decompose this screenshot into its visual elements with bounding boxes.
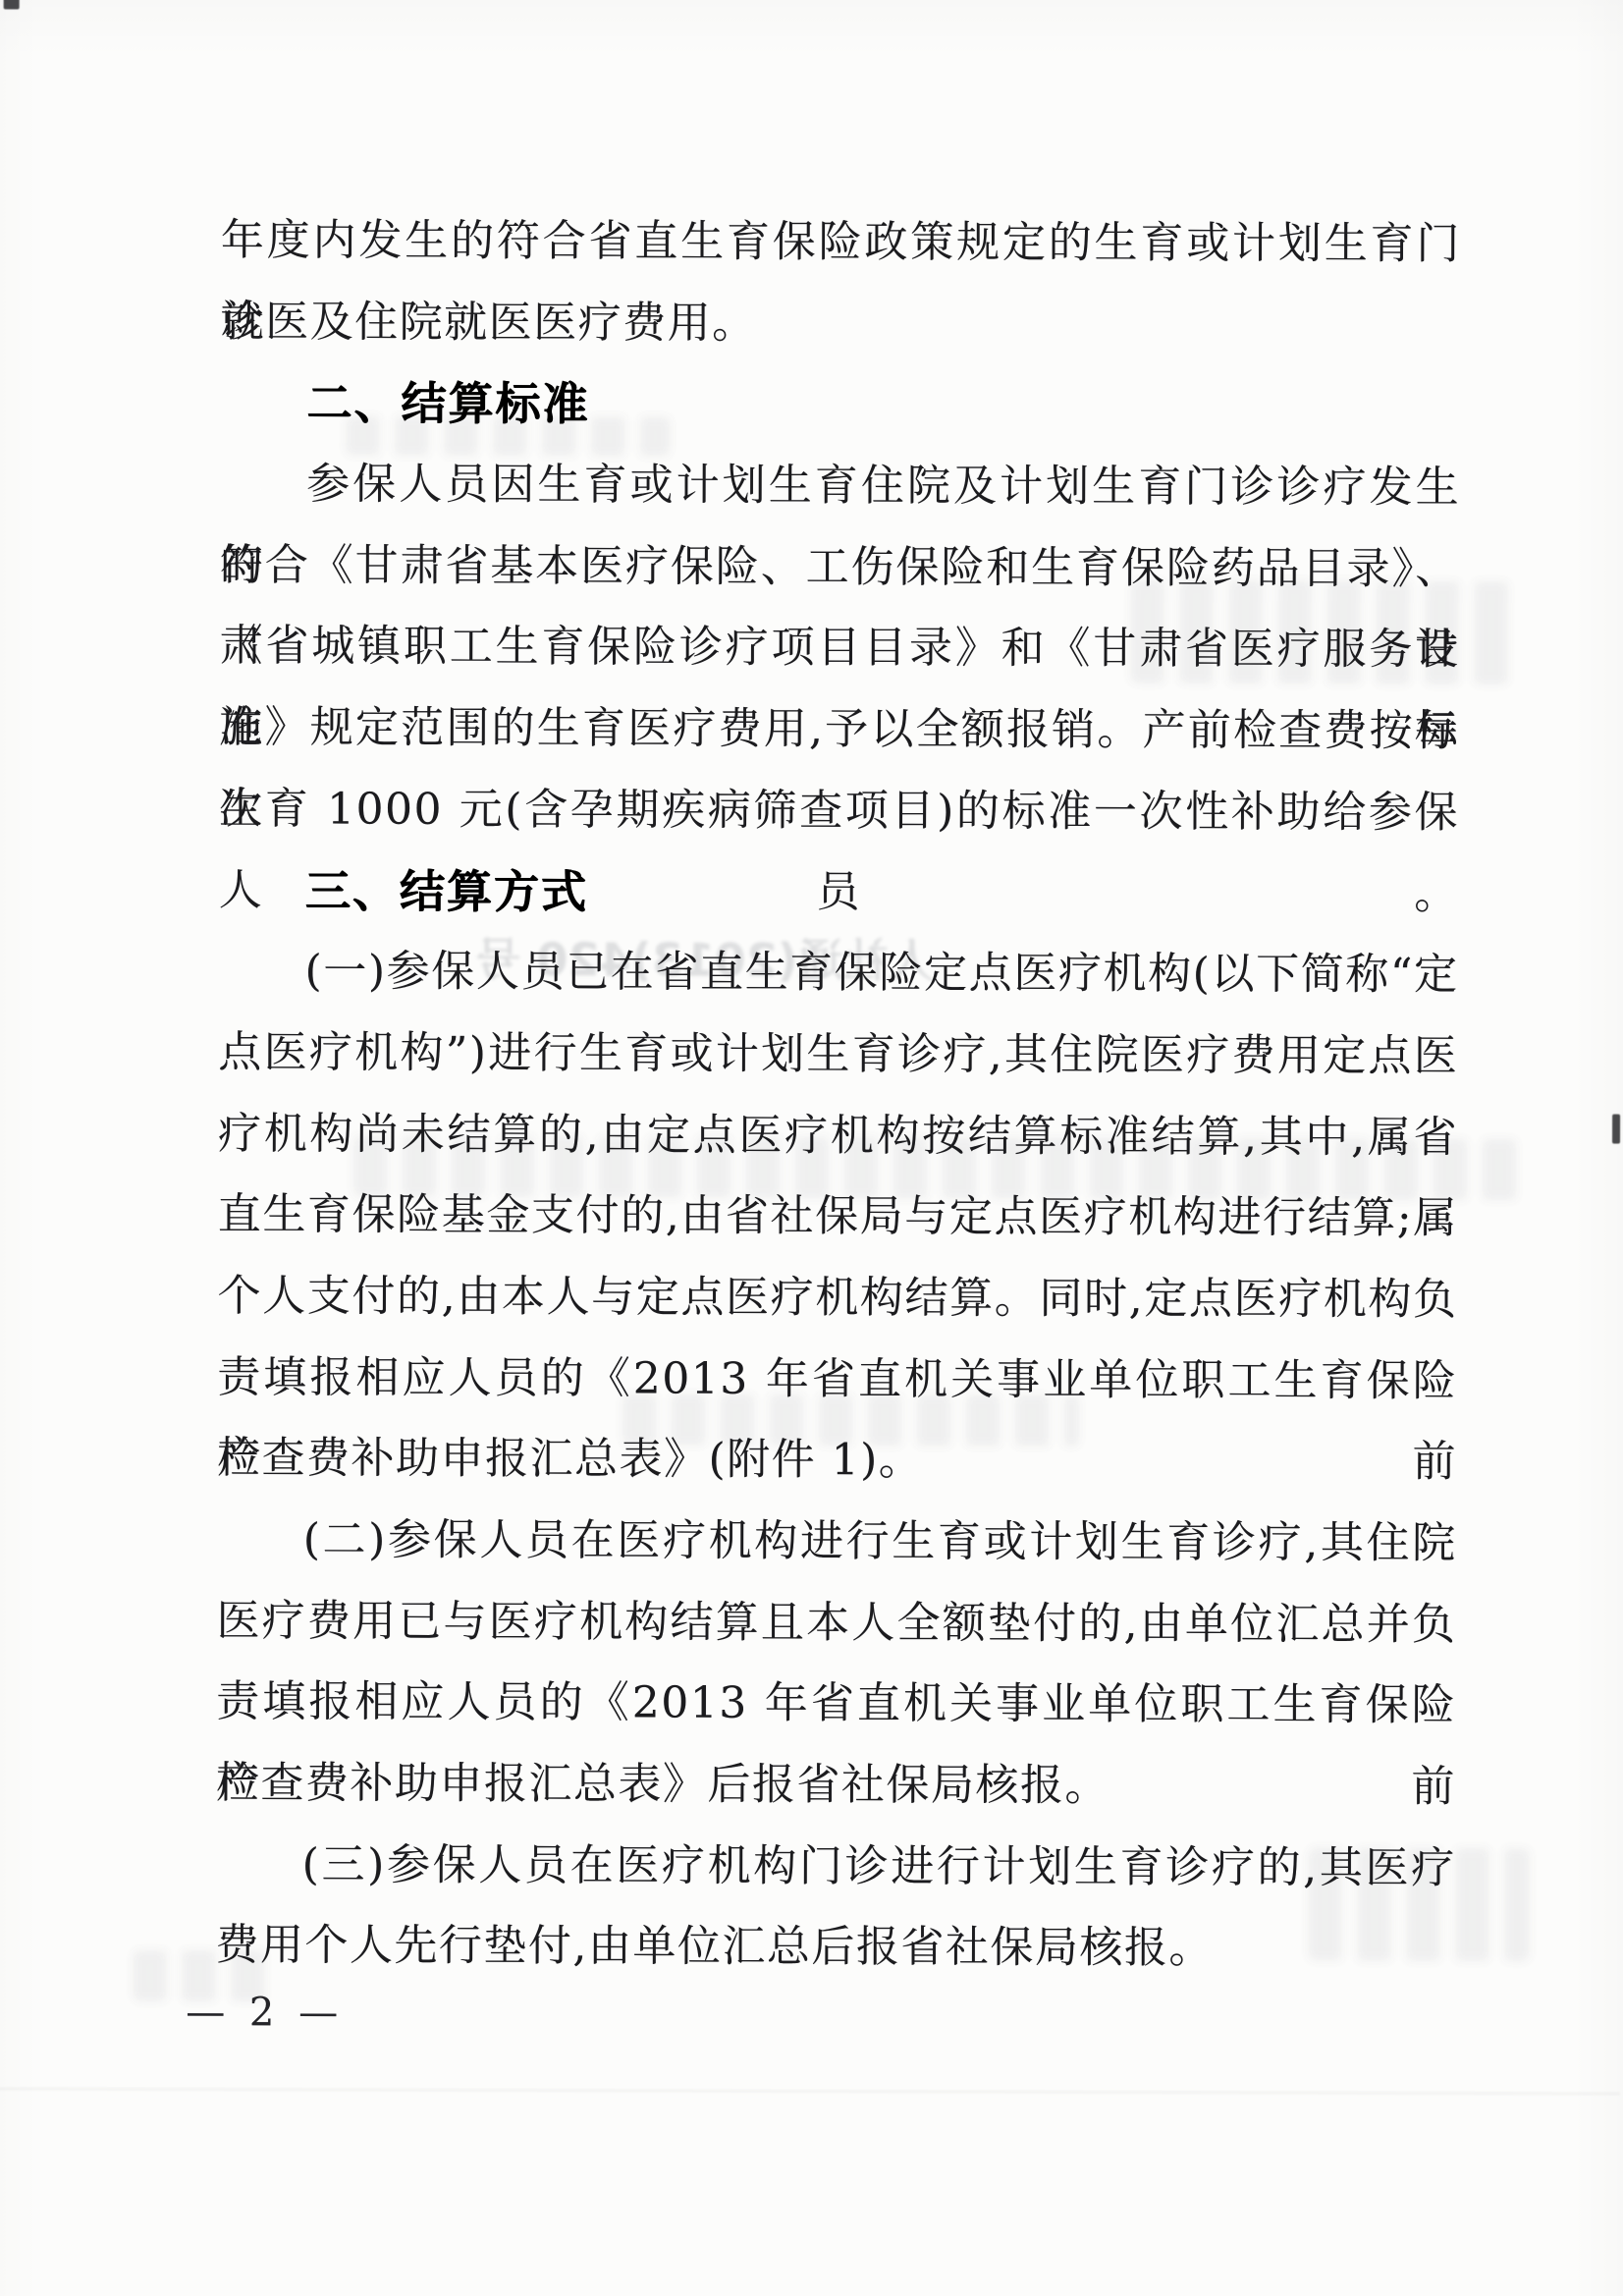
text-line: 责填报相应人员的《2013 年省直机关事业单位职工生育保险产前: [216, 1662, 1456, 1747]
text-line: (一)参保人员已在省直生育保险定点医疗机构(以下简称“定: [218, 931, 1458, 1016]
text-line: 符合《甘肃省基本医疗保险、工伤保险和生育保险药品目录》、《甘: [220, 525, 1460, 611]
text-line: 直生育保险基金支付的,由省社保局与定点医疗机构进行结算;属: [218, 1175, 1458, 1260]
scan-speck: [4, 0, 20, 9]
scan-tilt-wrapper: 人社通(2013)420 号 年度内发生的符合省直生育保险政策规定的生育或计划生…: [0, 0, 1623, 2296]
text-line: 就医及住院就医医疗费用。: [221, 282, 1461, 367]
text-line: (二)参保人员在医疗机构进行生育或计划生育诊疗,其住院: [217, 1500, 1457, 1585]
text-line: 个人支付的,由本人与定点医疗机构结算。同时,定点医疗机构负: [217, 1256, 1457, 1341]
text-line: 疗机构尚未结算的,由定点医疗机构按结算标准结算,其中,属省: [218, 1094, 1458, 1179]
text-line: 责填报相应人员的《2013 年省直机关事业单位职工生育保险产前: [217, 1338, 1457, 1423]
section-heading: 二、结算标准: [220, 362, 1460, 448]
document-page: 人社通(2013)420 号 年度内发生的符合省直生育保险政策规定的生育或计划生…: [0, 0, 1623, 2296]
text-line: (三)参保人员在医疗机构门诊进行计划生育诊疗的,其医疗: [216, 1825, 1456, 1910]
text-line: 点医疗机构”)进行生育或计划生育诊疗,其住院医疗费用定点医: [218, 1012, 1458, 1098]
text-line: 生育 1000 元(含孕期疾病筛查项目)的标准一次性补助给参保人员。: [219, 769, 1459, 854]
page-number: — 2 —: [186, 1990, 344, 2036]
document-body: 年度内发生的符合省直生育保险政策规定的生育或计划生育门诊就医及住院就医医疗费用。…: [215, 200, 1461, 1991]
scan-crease: [0, 2087, 1620, 2095]
text-line: 参保人员因生育或计划生育住院及计划生育门诊诊疗发生的: [220, 444, 1460, 529]
text-line: 医疗费用已与医疗机构结算且本人全额垫付的,由单位汇总并负: [216, 1581, 1456, 1667]
text-line: 费用个人先行垫付,由单位汇总后报省社保局核报。: [215, 1906, 1455, 1992]
scan-speck: [1612, 1115, 1620, 1144]
text-line: 年度内发生的符合省直生育保险政策规定的生育或计划生育门诊: [221, 200, 1461, 286]
text-line: 肃省城镇职工生育保险诊疗项目目录》和《甘肃省医疗服务设施标: [219, 607, 1459, 692]
text-line: 准》规定范围的生育医疗费用,予以全额报销。产前检查费按每次: [219, 687, 1459, 773]
